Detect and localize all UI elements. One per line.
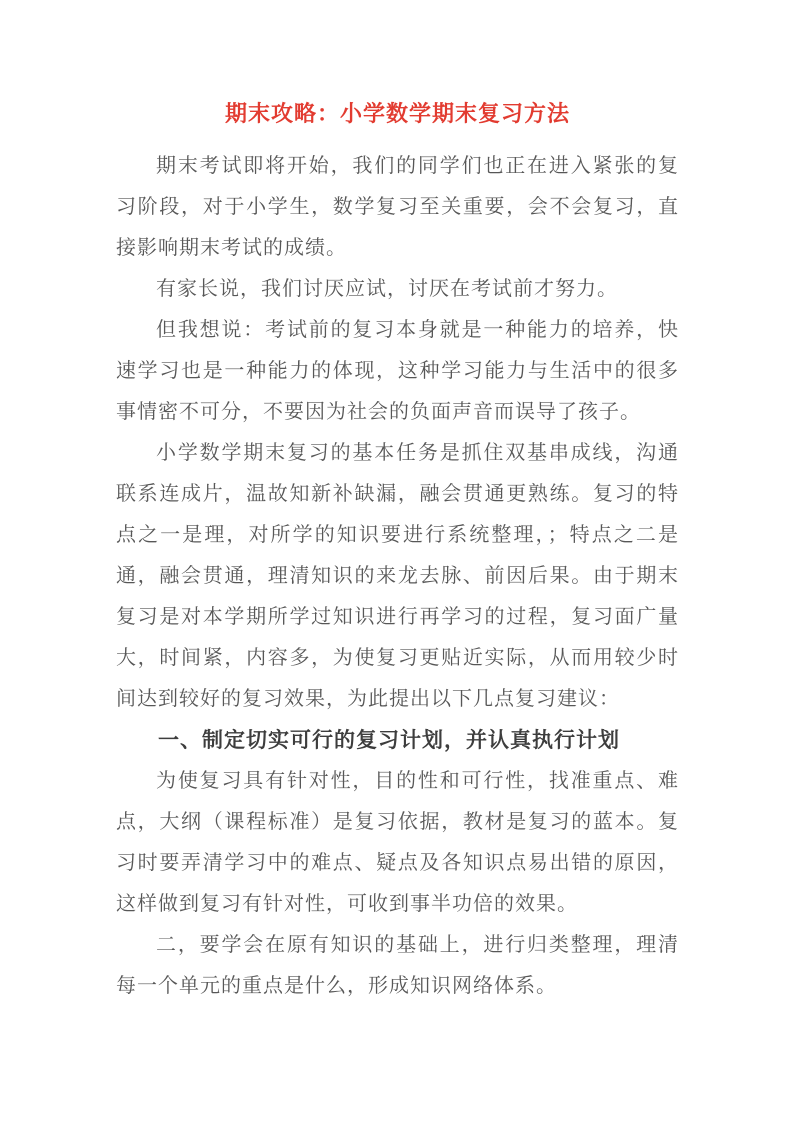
- section-heading-plan: 一、制定切实可行的复习计划，并认真执行计划: [116, 720, 679, 761]
- document-content: 期末攻略：小学数学期末复习方法 期末考试即将开始，我们的同学们也正在进入紧张的复…: [0, 0, 793, 1007]
- paragraph-plan-details: 为使复习具有针对性，目的性和可行性，找准重点、难点，大纲（课程标准）是复习依据，…: [116, 761, 679, 925]
- paragraph-organize-knowledge: 二，要学会在原有知识的基础上，进行归类整理，理清每一个单元的重点是什么，形成知识…: [116, 925, 679, 1007]
- paragraph-my-opinion: 但我想说：考试前的复习本身就是一种能力的培养，快速学习也是一种能力的体现，这种学…: [116, 310, 679, 433]
- paragraph-parents-say: 有家长说，我们讨厌应试，讨厌在考试前才努力。: [116, 269, 679, 310]
- paragraph-review-tasks: 小学数学期末复习的基本任务是抓住双基串成线，沟通联系连成片，温故知新补缺漏，融会…: [116, 433, 679, 720]
- page-title: 期末攻略：小学数学期末复习方法: [116, 97, 679, 131]
- document-page: 期末攻略：小学数学期末复习方法 期末考试即将开始，我们的同学们也正在进入紧张的复…: [0, 0, 793, 1122]
- paragraph-intro: 期末考试即将开始，我们的同学们也正在进入紧张的复习阶段，对于小学生，数学复习至关…: [116, 146, 679, 269]
